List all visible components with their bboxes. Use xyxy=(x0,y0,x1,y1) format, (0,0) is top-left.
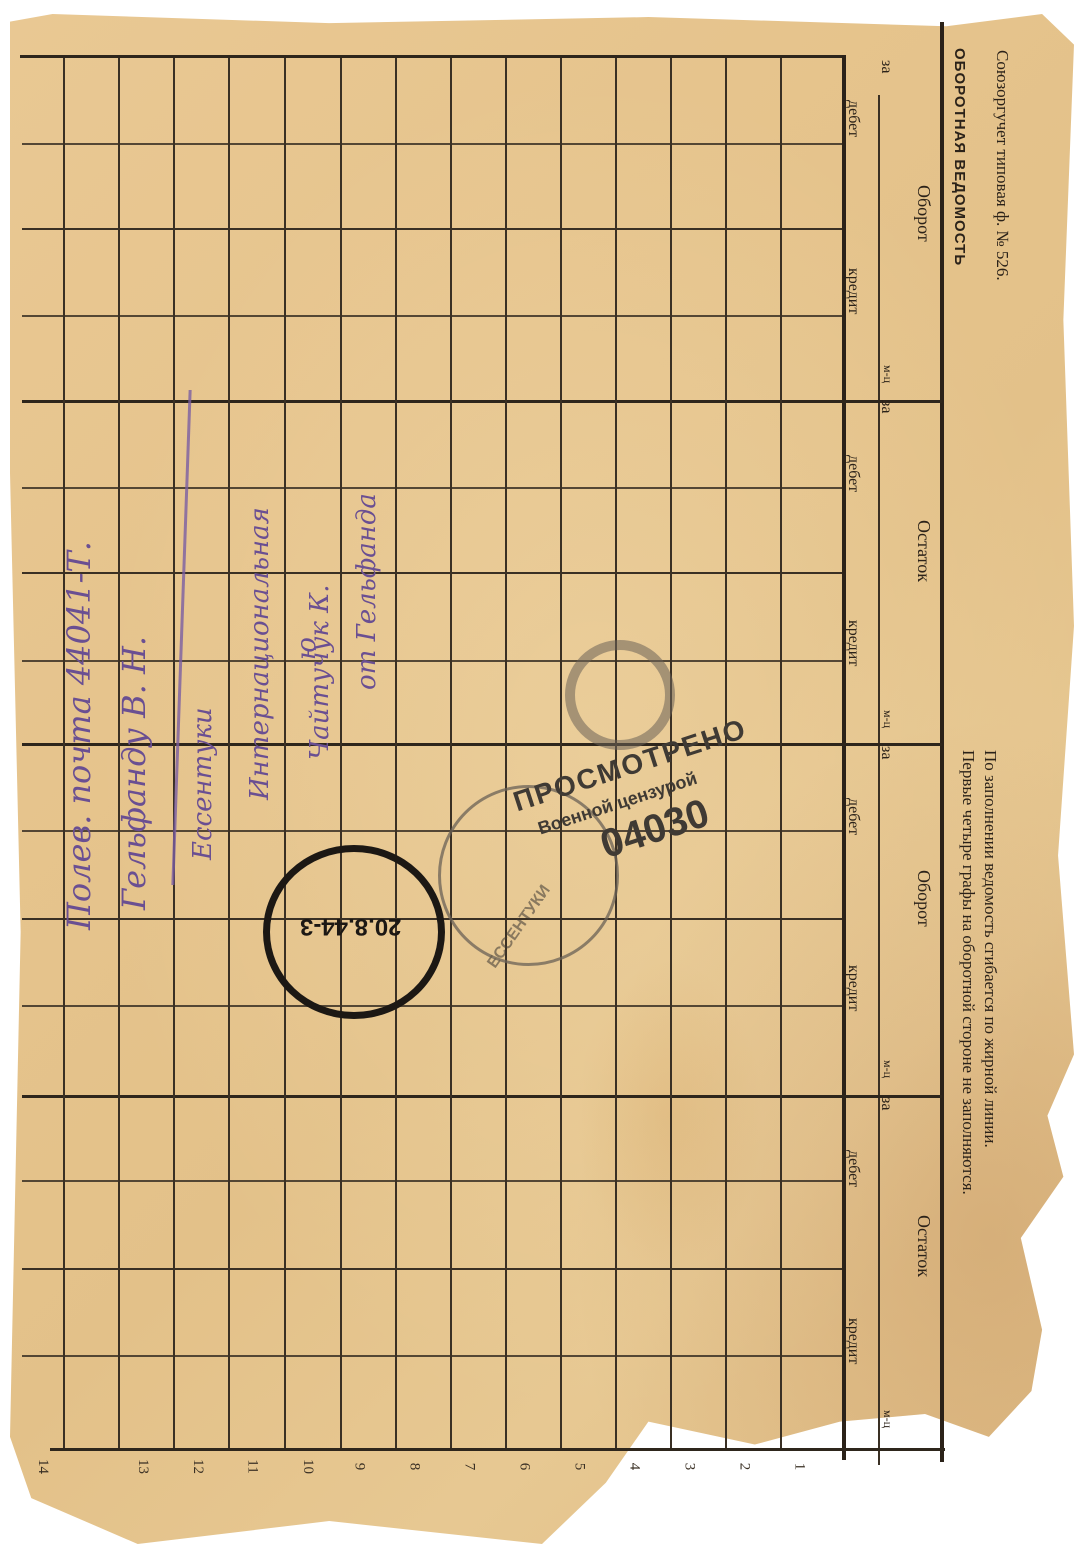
row-line-d1 xyxy=(22,1180,842,1182)
period-line xyxy=(878,95,880,1465)
section-3-period-suffix: м-ц xyxy=(880,1060,895,1078)
section-3-debit: дебет xyxy=(844,798,862,835)
section-2-credit: кредит xyxy=(844,620,862,666)
handwriting-sender: от Гельфанда xyxy=(352,493,382,690)
column-header-line xyxy=(842,55,846,1460)
section-1-debit: дебет xyxy=(844,100,862,137)
publisher-line: Союзоргучет типовая ф. № 526. xyxy=(992,50,1012,281)
handwriting-recipient: Гельфанду В. Н. xyxy=(115,636,153,910)
grid-col-8 xyxy=(340,58,342,1448)
subcol-line-2 xyxy=(22,572,842,574)
form-title: ОБОРОТНАЯ ВЕДОМОСТЬ xyxy=(951,48,968,266)
instruction-line-2: Первые четыре графы на оборотной стороне… xyxy=(958,750,978,1195)
header-bold-line xyxy=(940,22,944,1462)
grid-col-6 xyxy=(450,58,452,1448)
grid-col-5 xyxy=(505,58,507,1448)
subcol-line-1 xyxy=(22,228,842,230)
section-2-debit: дебет xyxy=(844,455,862,492)
grid-col-7 xyxy=(395,58,397,1448)
row-number-12: 12 xyxy=(189,1459,206,1474)
section-1-period-prefix: за xyxy=(877,60,895,73)
section-1-credit: кредит xyxy=(844,268,862,314)
handwriting-street: Интернациональная xyxy=(245,507,275,800)
grid-col-9 xyxy=(284,58,286,1448)
section-3-credit: кредит xyxy=(844,965,862,1011)
section-separator-1 xyxy=(22,400,942,403)
row-number-11: 11 xyxy=(244,1459,261,1473)
row-number-10: 10 xyxy=(299,1459,316,1474)
row-line-d2 xyxy=(22,1355,842,1357)
row-number-13: 13 xyxy=(134,1459,151,1474)
row-number-8: 8 xyxy=(405,1463,422,1471)
section-4-period-suffix: м-ц xyxy=(880,1410,895,1428)
subcol-line-4 xyxy=(22,1268,842,1270)
grid-col-11 xyxy=(173,58,175,1448)
postmark-stamp: 20.8.44-3 xyxy=(263,845,445,1019)
section-separator-2 xyxy=(22,743,942,746)
handwriting-city: Ессентуки xyxy=(188,707,218,860)
row-line-b1 xyxy=(22,487,842,489)
row-number-9: 9 xyxy=(350,1463,367,1471)
row-number-5: 5 xyxy=(570,1463,587,1471)
section-2-group: Остаток xyxy=(913,520,934,582)
row-number-4: 4 xyxy=(625,1463,642,1471)
postmark-date: 20.8.44-3 xyxy=(300,912,401,940)
grid-col-10 xyxy=(228,58,230,1448)
section-1-group: Оборот xyxy=(913,185,934,242)
section-separator-3 xyxy=(22,1095,942,1098)
section-4-group: Остаток xyxy=(913,1215,934,1277)
handwriting-addressee: Чайтучук К. xyxy=(305,584,335,760)
handwriting-field-post: Полев. почта 44041-Т. xyxy=(60,541,98,930)
section-3-group: Оборот xyxy=(913,870,934,927)
row-number-7: 7 xyxy=(460,1463,477,1471)
section-2-period-prefix: за xyxy=(877,400,895,413)
row-line-a1 xyxy=(22,143,842,145)
grid-col-0 xyxy=(780,58,782,1448)
row-number-14: 14 xyxy=(34,1459,51,1474)
section-4-period-prefix: за xyxy=(877,1097,895,1110)
row-line-a2 xyxy=(22,315,842,317)
section-4-debit: дебет xyxy=(844,1150,862,1187)
section-4-credit: кредит xyxy=(844,1318,862,1364)
row-line-c2 xyxy=(22,1005,842,1007)
row-number-2: 2 xyxy=(735,1463,752,1471)
instruction-line-1: По заполнении ведомость сгибается по жир… xyxy=(980,750,1000,1148)
row-number-3: 3 xyxy=(680,1463,697,1471)
grid-col-4 xyxy=(560,58,562,1448)
section-2-period-suffix: м-ц xyxy=(880,710,895,728)
top-border-line xyxy=(20,55,842,58)
row-number-1: 1 xyxy=(790,1463,807,1471)
section-1-period-suffix: м-ц xyxy=(880,365,895,383)
section-3-period-prefix: за xyxy=(877,746,895,759)
bottom-border-line xyxy=(50,1448,945,1451)
row-number-6: 6 xyxy=(515,1463,532,1471)
